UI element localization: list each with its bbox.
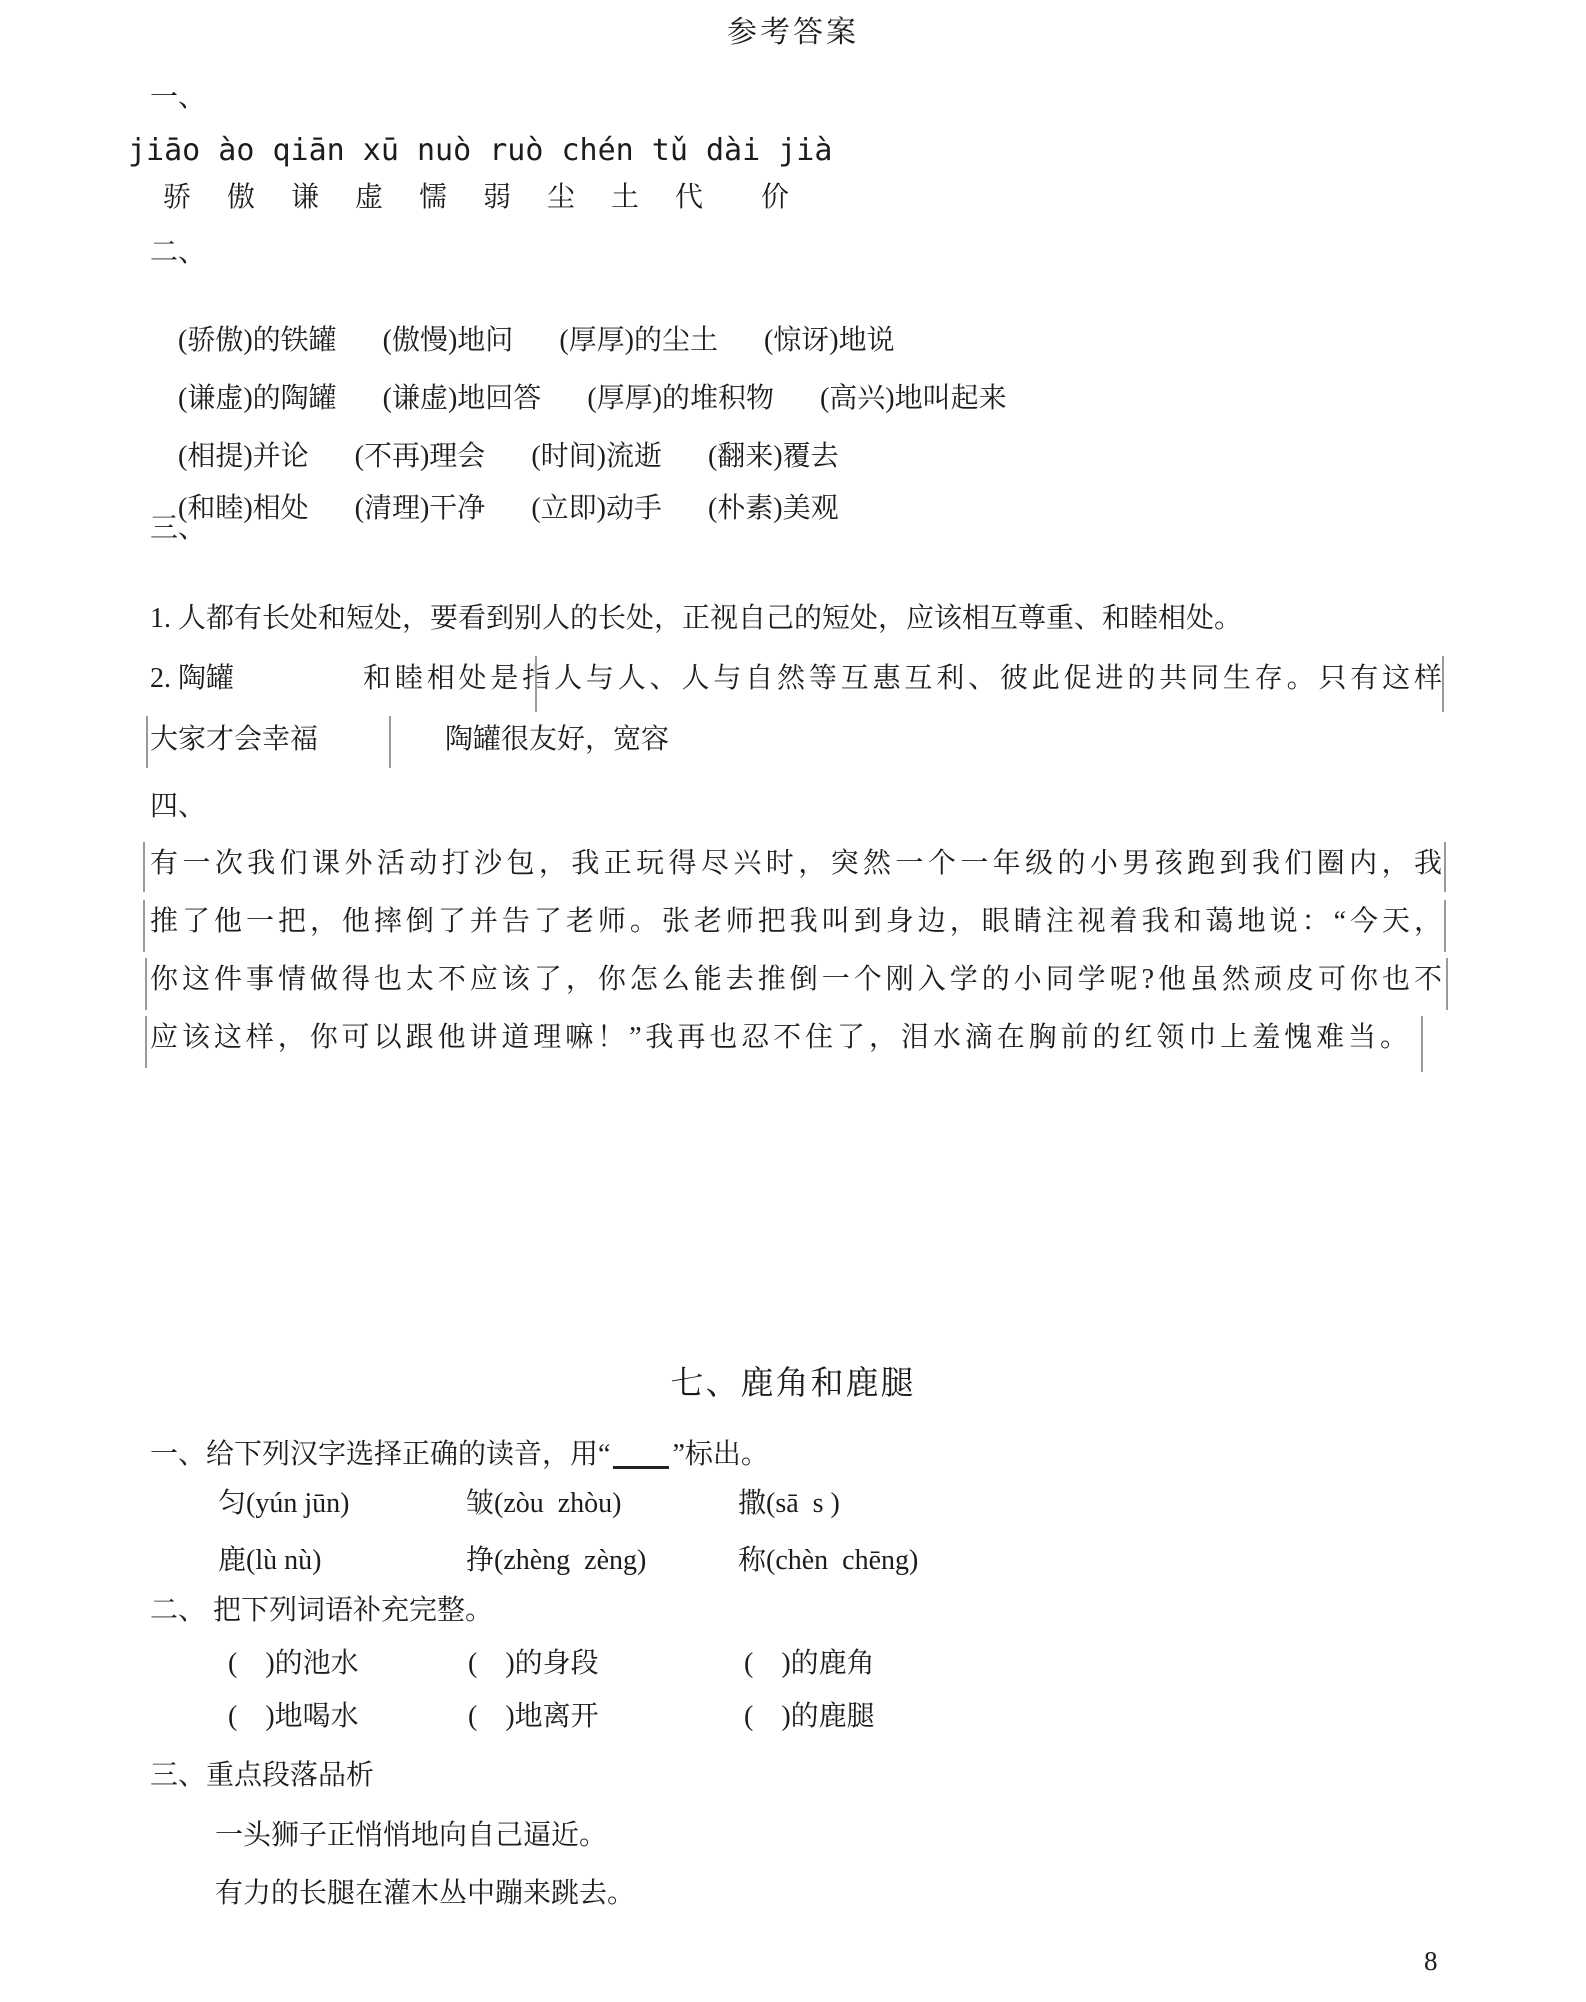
- answer-3-3-left: 大家才会幸福: [150, 722, 318, 757]
- frame-border-line: [1421, 1016, 1423, 1072]
- section-4-label: 四、: [150, 789, 206, 824]
- pinyin-choice: 鹿(lù nù): [218, 1543, 466, 1578]
- frame-border-line: [535, 656, 537, 712]
- fill-blank-row-1: ( )的池水( )的身段( )的鹿角: [228, 1646, 875, 1681]
- page-title: 参考答案: [0, 14, 1586, 52]
- question-2: 二、 把下列词语补充完整。: [150, 1593, 493, 1628]
- fill-blank-item: ( )的池水: [228, 1646, 468, 1681]
- section-7-title: 七、鹿角和鹿腿: [0, 1364, 1586, 1405]
- hanzi-answer-last: 价: [761, 182, 825, 213]
- pinyin-choice-row-1: 匀(yún jūn)皱(zòu zhòu)撒(sā s ): [218, 1486, 840, 1521]
- frame-border-line: [145, 958, 147, 1010]
- question-1-after: ”标出。: [672, 1439, 768, 1470]
- passage-sentence-1: 一头狮子正悄悄地向自己逼近。: [215, 1818, 607, 1853]
- word-pair: (朴素)美观: [708, 491, 839, 526]
- fill-blank-item: ( )地离开: [468, 1699, 744, 1734]
- section-1-label: 一、: [150, 80, 206, 115]
- pinyin-choice: 匀(yún jūn): [218, 1486, 466, 1521]
- answer-3-1: 1. 人都有长处和短处，要看到别人的长处，正视自己的短处，应该相互尊重、和睦相处…: [150, 601, 1242, 636]
- pinyin-choice: 挣(zhèng zèng): [466, 1543, 738, 1578]
- hanzi-answer-line: 骄傲谦虚懦弱尘土代价: [163, 180, 825, 215]
- section-2-label: 二、: [150, 235, 206, 270]
- fill-blank-item: ( )的鹿腿: [744, 1701, 875, 1732]
- word-row-4: (和睦)相处(清理)干净(立即)动手(朴素)美观: [150, 456, 839, 561]
- frame-border-line: [1444, 842, 1446, 892]
- passage-sentence-2: 有力的长腿在灌木丛中蹦来跳去。: [215, 1876, 635, 1911]
- question-3: 三、重点段落品析: [150, 1758, 374, 1793]
- frame-border-line: [143, 842, 145, 892]
- essay-line-1: 有一次我们课外活动打沙包，我正玩得尽兴时，突然一个一年级的小男孩跑到我们圈内，我: [150, 846, 1442, 881]
- frame-border-line: [1444, 900, 1446, 952]
- pinyin-line: jiāo ào qiān xū nuò ruò chén tǔ dài jià: [128, 132, 832, 170]
- answer-3-2-body: 和睦相处是指人与人、人与自然等互惠互利、彼此促进的共同生存。只有这样: [363, 661, 1442, 696]
- fill-blank-item: ( )的身段: [468, 1646, 744, 1681]
- underline-blank: [613, 1436, 669, 1469]
- section-3-label: 三、: [150, 511, 206, 546]
- hanzi-answers: 骄傲谦虚懦弱尘土代: [163, 182, 739, 213]
- fill-blank-item: ( )的鹿角: [744, 1648, 875, 1679]
- essay-line-4: 应该这样，你可以跟他讲道理嘛！”我再也忍不住了，泪水滴在胸前的红领巾上羞愧难当。: [150, 1020, 1408, 1055]
- fill-blank-row-2: ( )地喝水( )地离开( )的鹿腿: [228, 1699, 875, 1734]
- question-1-before: 一、给下列汉字选择正确的读音，用“: [150, 1439, 610, 1470]
- frame-border-line: [1442, 656, 1444, 712]
- word-pair: (立即)动手: [531, 491, 662, 526]
- answer-3-3-right: 陶罐很友好，宽容: [445, 722, 669, 757]
- essay-line-3: 你这件事情做得也太不应该了，你怎么能去推倒一个刚入学的小同学呢?他虽然顽皮可你也…: [150, 962, 1442, 997]
- pinyin-choice-row-2: 鹿(lù nù)挣(zhèng zèng)称(chèn chēng): [218, 1543, 918, 1578]
- frame-border-line: [146, 716, 148, 768]
- pinyin-choice: 皱(zòu zhòu): [466, 1486, 738, 1521]
- word-pair: (高兴)地叫起来: [820, 381, 1007, 416]
- answer-3-2-head: 2. 陶罐: [150, 661, 234, 696]
- frame-border-line: [145, 1016, 147, 1068]
- essay-line-2: 推了他一把，他摔倒了并告了老师。张老师把我叫到身边，眼睛注视着我和蔼地说：“今天…: [150, 904, 1442, 939]
- word-pair: (清理)干净: [355, 491, 486, 526]
- fill-blank-item: ( )地喝水: [228, 1699, 468, 1734]
- frame-border-line: [1446, 958, 1448, 1010]
- frame-border-line: [143, 900, 145, 952]
- document-page: 参考答案 一、 jiāo ào qiān xū nuò ruò chén tǔ …: [0, 0, 1586, 2002]
- page-number: 8: [1424, 1946, 1438, 1977]
- frame-border-line: [389, 716, 391, 768]
- pinyin-choice: 称(chèn chēng): [738, 1545, 918, 1576]
- question-1: 一、给下列汉字选择正确的读音，用“”标出。: [150, 1436, 769, 1472]
- pinyin-choice: 撒(sā s ): [738, 1488, 840, 1519]
